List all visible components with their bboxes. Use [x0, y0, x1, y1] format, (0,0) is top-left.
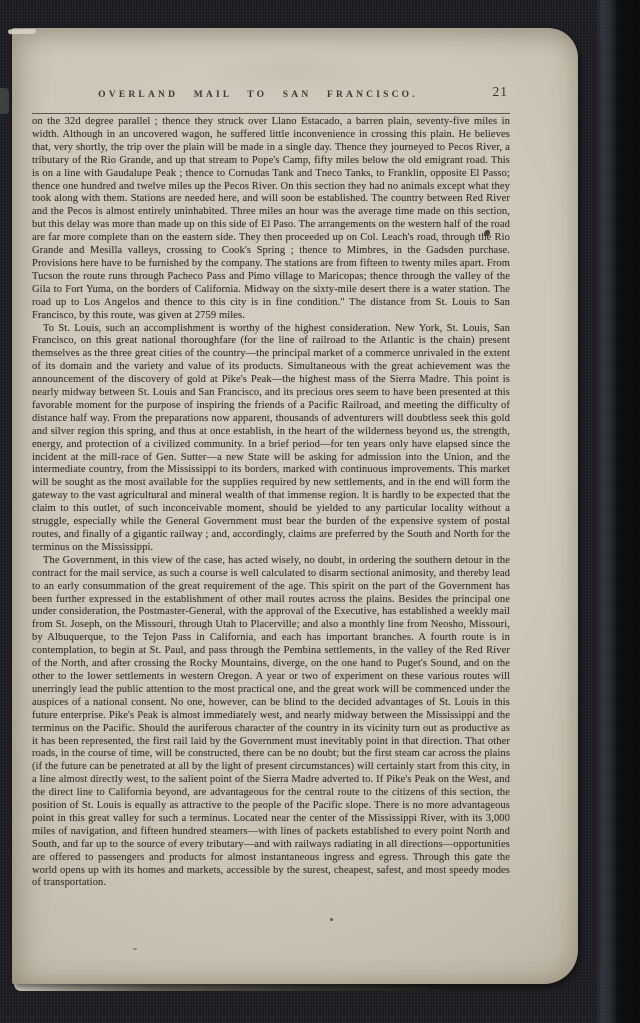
paragraph-2: To St. Louis, such an accomplishment is …	[32, 323, 510, 555]
header-rule	[32, 113, 510, 114]
underlying-pages-edge	[14, 984, 570, 991]
page-number: 21	[493, 84, 509, 100]
cover-wear-patch	[0, 88, 9, 114]
ink-speck	[133, 948, 137, 950]
page-edge-fleck	[8, 29, 36, 34]
page-body-text: on the 32d degree parallel ; thence they…	[32, 116, 510, 890]
running-head: OVERLAND MAIL TO SAN FRANCISCO. 21	[32, 88, 510, 106]
paragraph-3: The Government, in this view of the case…	[32, 555, 510, 891]
ink-speck	[330, 918, 333, 921]
running-header-title: OVERLAND MAIL TO SAN FRANCISCO.	[32, 90, 484, 100]
paragraph-1: on the 32d degree parallel ; thence they…	[32, 116, 510, 323]
book-page: OVERLAND MAIL TO SAN FRANCISCO. 21 on th…	[12, 28, 578, 984]
book-photo: { "photo": { "colors": { "paper": "#ccc7…	[0, 0, 640, 1023]
